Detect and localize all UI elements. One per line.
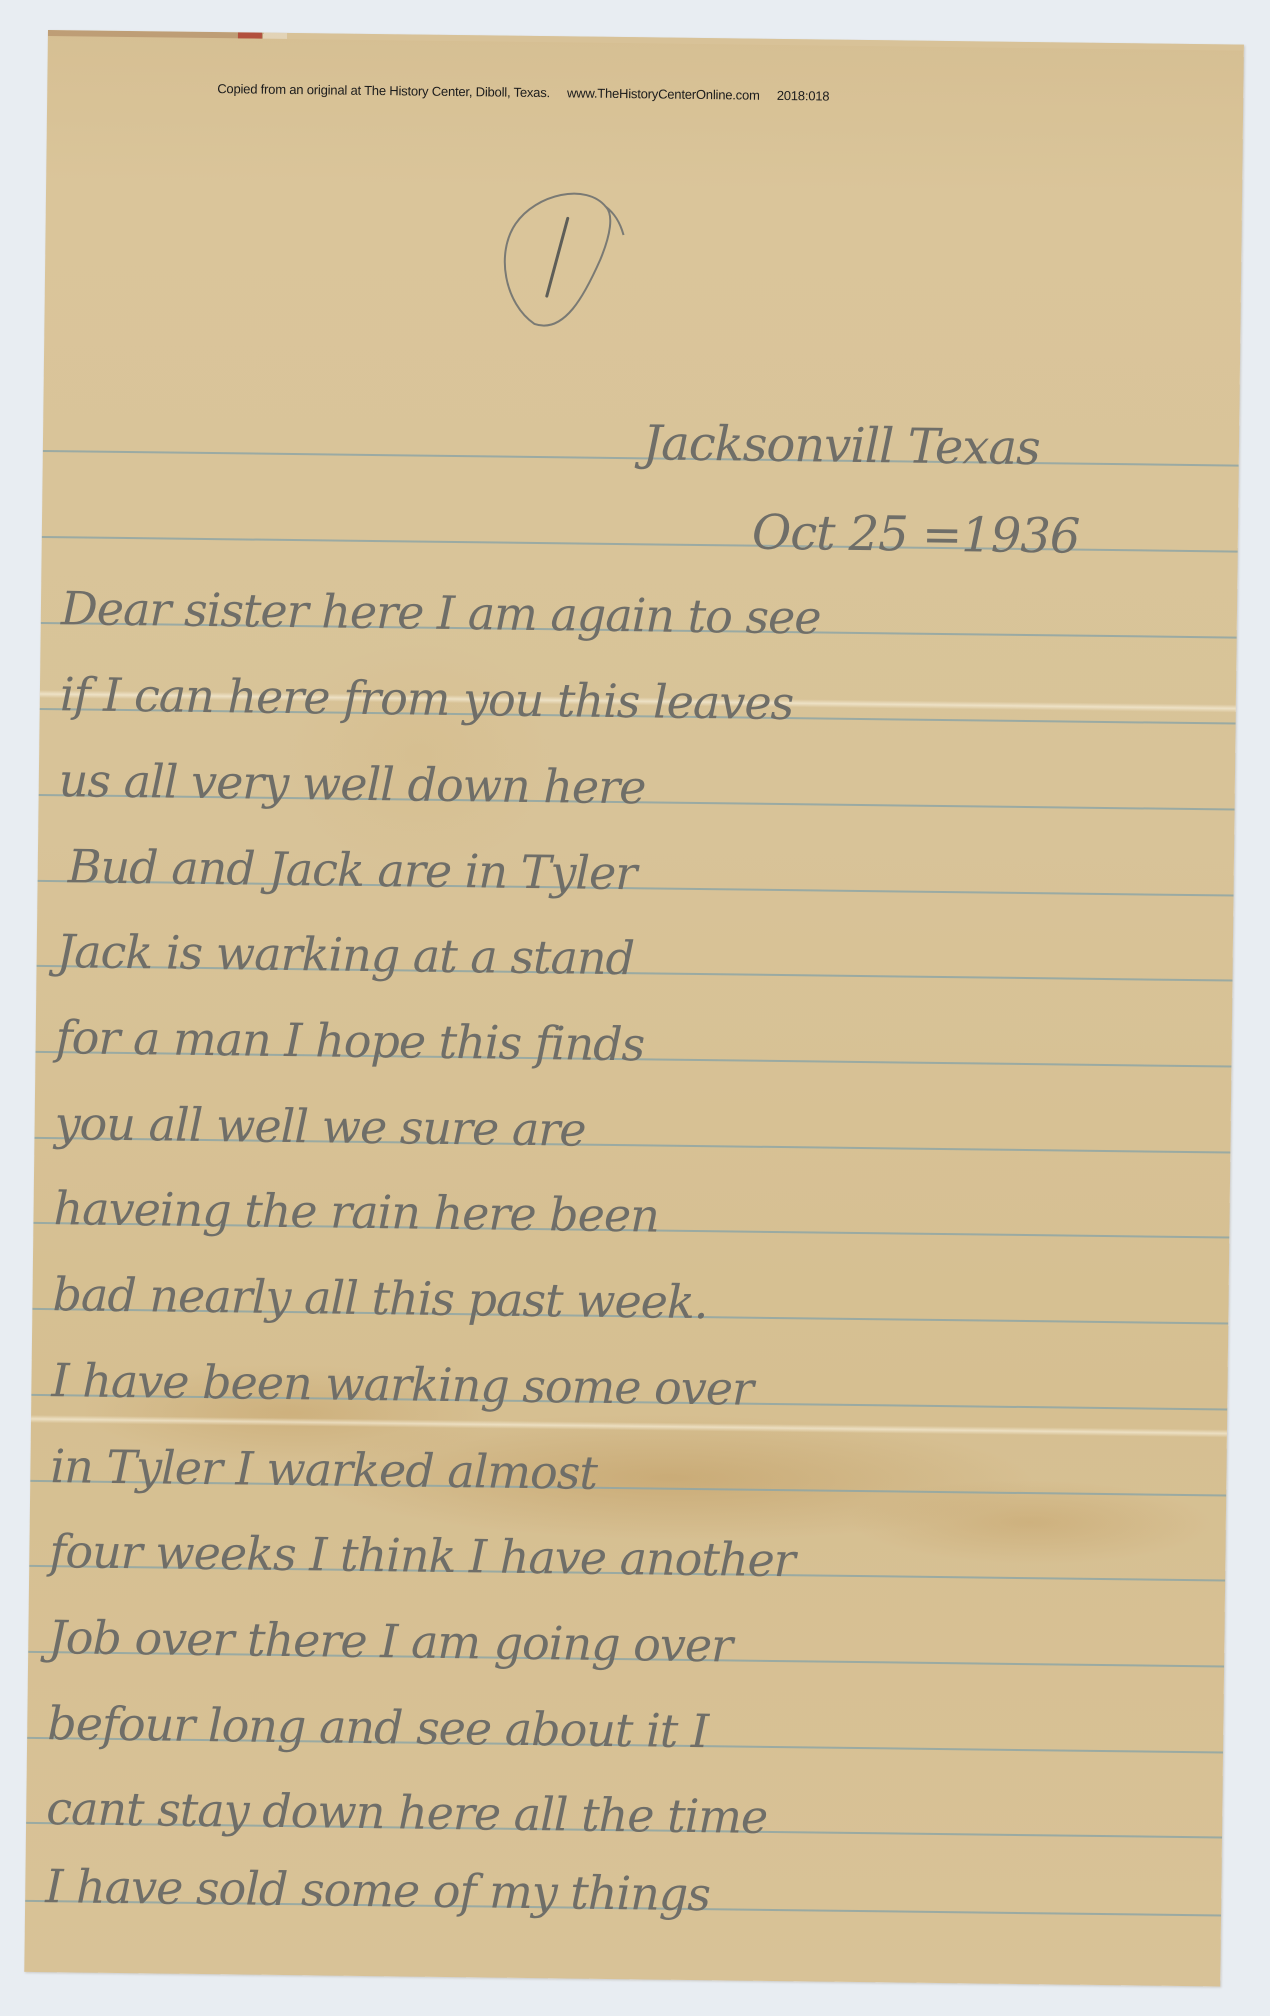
letter-line: for a man I hope this finds bbox=[55, 1014, 644, 1067]
circled-page-number-icon bbox=[474, 183, 636, 335]
letter-line: Job over there I am going over bbox=[48, 1614, 732, 1668]
letter-line: haveing the rain here been bbox=[53, 1185, 659, 1238]
letter-line: four weeks I think I have another bbox=[49, 1528, 795, 1583]
letter-line: Bud and Jack are in Tyler bbox=[68, 843, 637, 896]
letter-line: cant stay down here all the time bbox=[46, 1785, 767, 1840]
letter-line: I have been warking some over bbox=[51, 1357, 753, 1412]
letter-line: Jack is warking at a stand bbox=[56, 928, 634, 981]
letter-line: if I can here from you this leaves bbox=[60, 671, 794, 726]
letter-line: bad nearly all this past week. bbox=[52, 1271, 707, 1325]
letter-page: Copied from an original at The History C… bbox=[24, 30, 1244, 1986]
letter-place: Jacksonvill Texas bbox=[643, 419, 1040, 472]
letter-line: I have sold some of my things bbox=[45, 1863, 710, 1917]
letter-line: in Tyler I warked almost bbox=[50, 1443, 597, 1496]
red-tab-mark bbox=[238, 32, 262, 38]
archive-copy-note: Copied from an original at The History C… bbox=[217, 81, 829, 103]
paper-fold-crease bbox=[31, 1415, 1227, 1438]
letter-date: Oct 25 =1936 bbox=[752, 509, 1080, 561]
ruled-line bbox=[43, 450, 1239, 467]
letter-line: Dear sister here I am again to see bbox=[61, 585, 821, 640]
letter-line: you all well we sure are bbox=[54, 1100, 585, 1152]
letter-line: us all very well down here bbox=[59, 757, 646, 810]
letter-line: befour long and see about it I bbox=[47, 1700, 708, 1754]
